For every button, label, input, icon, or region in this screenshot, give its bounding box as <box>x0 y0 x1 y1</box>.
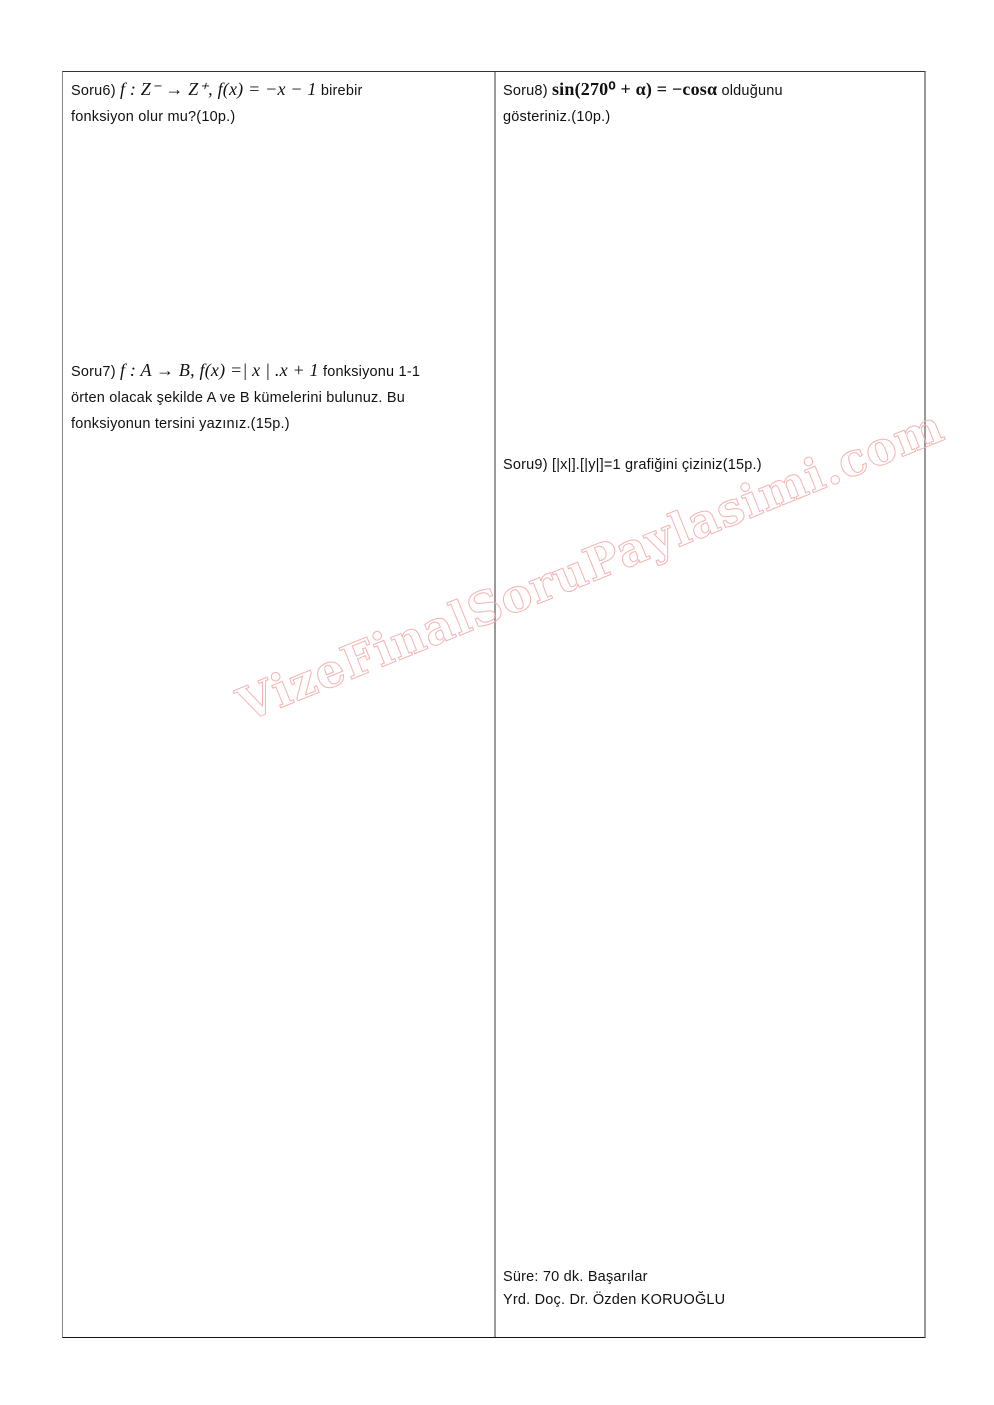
question-8-label: Soru8) <box>503 83 548 99</box>
question-7-text: fonksiyonu 1-1 <box>323 364 420 380</box>
question-8-formula: sin(270⁰ + α) = −cosα <box>552 79 717 99</box>
exam-sheet: Soru6) f : Z⁻ → Z⁺, f(x) = −x − 1 birebi… <box>62 71 926 1338</box>
question-7: Soru7) f : A → B, f(x) =| x | .x + 1 fon… <box>71 357 486 437</box>
question-9-text: [|x|].[|y|]=1 grafiğini çiziniz(15p.) <box>552 457 762 473</box>
question-6: Soru6) f : Z⁻ → Z⁺, f(x) = −x − 1 birebi… <box>71 76 481 130</box>
question-7-label: Soru7) <box>71 364 116 380</box>
question-6-formula: f : Z⁻ → Z⁺, f(x) = −x − 1 <box>120 79 317 99</box>
exam-footer: Süre: 70 dk. Başarılar Yrd. Doç. Dr. Özd… <box>503 1266 913 1312</box>
question-8-line2: gösteriniz.(10p.) <box>503 104 913 130</box>
question-8: Soru8) sin(270⁰ + α) = −cosα olduğunu gö… <box>503 76 913 130</box>
question-9-label: Soru9) <box>503 457 548 473</box>
question-6-text: birebir <box>321 83 363 99</box>
question-8-text: olduğunu <box>721 83 782 99</box>
question-7-line2: örten olacak şekilde A ve B kümelerini b… <box>71 385 486 411</box>
question-7-formula: f : A → B, f(x) =| x | .x + 1 <box>120 360 319 380</box>
question-6-label: Soru6) <box>71 83 116 99</box>
exam-duration: Süre: 70 dk. Başarılar <box>503 1266 913 1289</box>
question-7-line3: fonksiyonun tersini yazınız.(15p.) <box>71 411 486 437</box>
exam-author: Yrd. Doç. Dr. Özden KORUOĞLU <box>503 1289 913 1312</box>
column-divider <box>494 72 496 1337</box>
question-6-line2: fonksiyon olur mu?(10p.) <box>71 104 481 130</box>
